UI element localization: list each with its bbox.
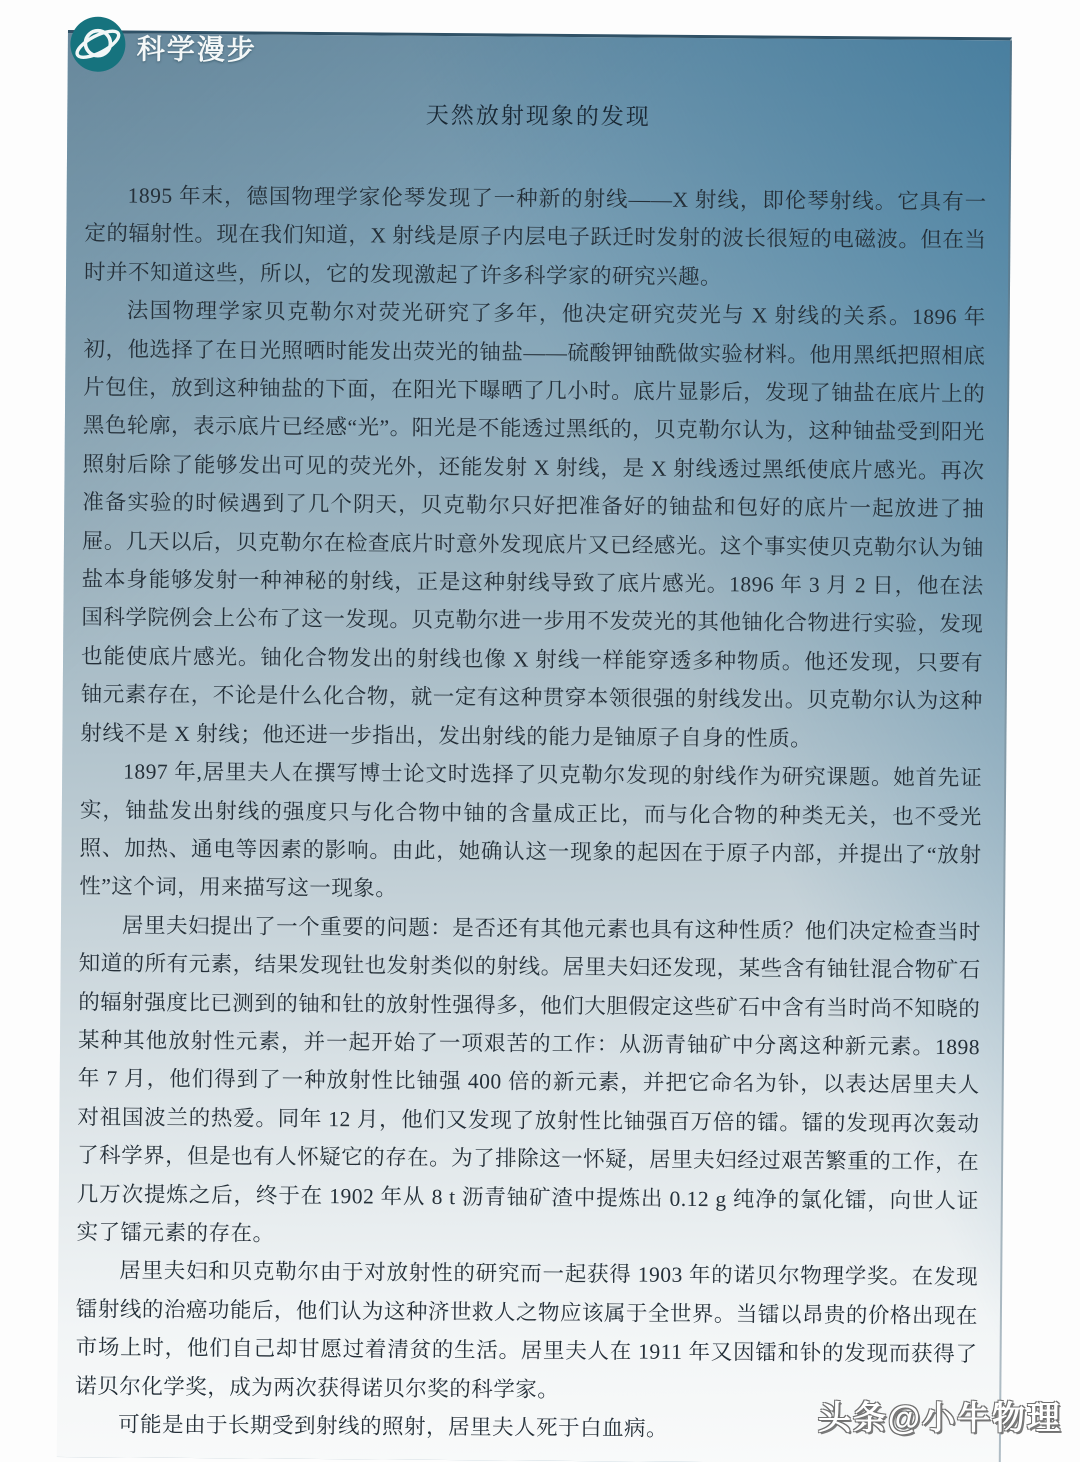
photo-background: 科学漫步 天然放射现象的发现 1895 年末，德国物理学家伦琴发现了一种新的射线… — [0, 0, 1080, 1462]
science-walk-badge: 科学漫步 — [70, 16, 257, 73]
body-paragraph: 1897 年,居里夫人在撰写博士论文时选择了贝克勒尔发现的射线作为研究课题。她首… — [79, 752, 982, 913]
textbook-page: 科学漫步 天然放射现象的发现 1895 年末，德国物理学家伦琴发现了一种新的射线… — [57, 30, 1012, 1462]
planet-icon — [70, 16, 126, 72]
badge-label: 科学漫步 — [137, 22, 257, 69]
article-title: 天然放射现象的发现 — [67, 94, 1009, 134]
body-paragraph: 法国物理学家贝克勒尔对荧光研究了多年，他决定研究荧光与 X 射线的关系。1896… — [80, 291, 986, 759]
article-body: 1895 年末，德国物理学家伦琴发现了一种新的射线——X 射线，即伦琴射线。它具… — [57, 176, 1009, 1451]
watermark: 头条@小牛物理 — [818, 1392, 1062, 1439]
body-paragraph: 1895 年末，德国物理学家伦琴发现了一种新的射线——X 射线，即伦琴射线。它具… — [84, 176, 987, 298]
body-paragraph: 居里夫妇提出了一个重要的问题：是否还有其他元素也具有这种性质？他们决定检查当时知… — [76, 906, 981, 1259]
body-paragraph: 居里夫妇和贝克勒尔由于对放射性的研究而一起获得 1903 年的诺贝尔物理学奖。在… — [75, 1251, 978, 1412]
